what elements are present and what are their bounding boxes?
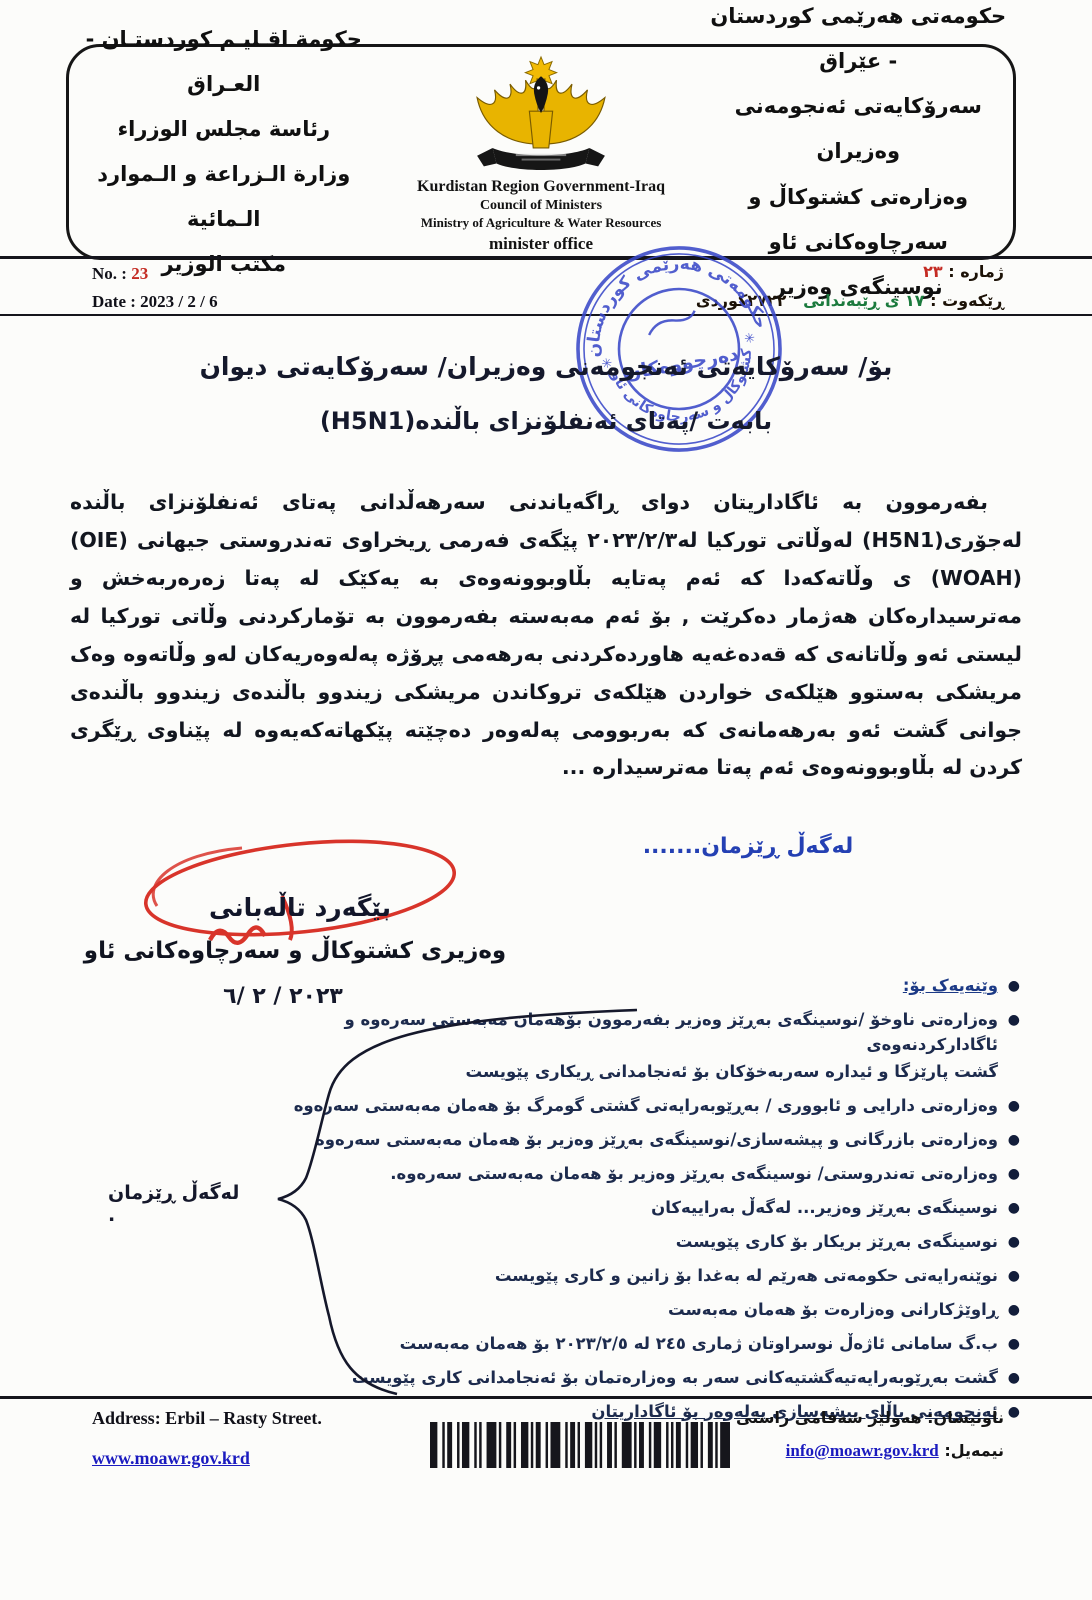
cc-item: ● وەزارەتی تەندروستی/ نوسینگەی بەڕێز وەز… [285,1162,1020,1194]
cc-item: ● وەزارەتی دارایی و ئابووری / بەڕێوبەرای… [285,1094,1020,1126]
footer-address-en: Address: Erbil – Rasty Street. [92,1408,322,1429]
cc-item-text: نوسینگەی بەڕێز وەزیر... لەگەڵ بەراییەکان [285,1196,998,1221]
kurdistan-eagle-emblem [457,55,625,177]
cc-item: ● نوسینگەی بەڕێز وەزیر... لەگەڵ بەراییەک… [285,1196,1020,1228]
closing-regards: لەگەڵ ڕێزمان....... [628,834,868,859]
stamp-signature-scribble [646,311,697,335]
no-label: No. : [92,264,127,283]
cc-item: ● نوسینگەی بەڕێز بریکار بۆ کاری پێویست [285,1230,1020,1262]
cc-item-text: ب.گ سامانی ئاژەڵ نوسراوتان ژماری ٢٤٥ لە … [285,1332,998,1357]
cc-item-text: وەزارەتی بازرگانی و پیشەسازی/نوسینگەی بە… [285,1128,998,1153]
date-kurdish-month: ١٧ ی ڕێبەندانی [803,291,924,310]
brace-label: لەگەڵ ڕێزمان . [108,1182,243,1226]
bullet-icon: ● [998,1230,1020,1253]
date-value: 2023 / 2 / 6 [140,292,217,311]
signer-name: بێگەرد تاڵەبانی [150,893,450,922]
letterhead-ar-line: حكومة اقـليـم كوردستـان - العـراق [69,17,379,107]
barcode [430,1422,730,1468]
addressee-line: بۆ/ سەرۆکایەتی ئەنجومەنی وەزیران/ سەرۆکا… [0,352,1092,381]
bullet-icon: ● [998,1196,1020,1219]
letterhead-center-column: Kurdistan Region Government-Iraq Council… [379,47,704,257]
address-value: : Erbil – Rasty Street. [155,1408,322,1428]
letterhead-en-line: Kurdistan Region Government-Iraq [417,177,665,197]
scanned-letter-page: حكومة اقـليـم كوردستـان - العـراق رئاسة … [0,0,1092,1600]
cc-item: ● ڕاوێژکارانی وەزارەت بۆ هەمان مەبەست [285,1298,1020,1330]
cc-distribution-list: ● وێنەیەک بۆ: ● وەزارەتی ناوخۆ /نوسینگەی… [285,974,1020,1434]
no-value: 23 [131,264,148,283]
stamp-flower-right-icon: ✳ [743,331,756,348]
cc-item-text: گشت بەڕێوبەرایەتیەگشتیەکانی سەر بە وەزار… [285,1366,998,1391]
stamp-top-arc-text: حکومەتی هەرێمی کوردستان [569,239,772,361]
bullet-icon: ● [998,1008,1020,1031]
email-link[interactable]: info@moawr.gov.krd [786,1441,939,1460]
document-meta-english: No. : 23 Date : 2023 / 2 / 6 [92,260,218,316]
bullet-icon: ● [998,974,1020,997]
cc-item-text: نوێنەرایەتی حکومەتی هەرێم لە بەغدا بۆ زا… [285,1264,998,1289]
number-value-ku: ٢٣ [923,262,943,281]
footer-address-ku: ناونیشان: هەولێر شەقامی راستی [736,1402,1004,1434]
letter-subject-block: بۆ/ سەرۆکایەتی ئەنجومەنی وەزیران/ سەرۆکا… [0,352,1092,435]
cc-heading: وێنەیەک بۆ: [285,974,998,999]
number-label-ku: ژمارە : [948,262,1004,281]
cc-item: ● وەزارەتی ناوخۆ /نوسینگەی بەڕێز وەزیر ب… [285,1008,1020,1058]
footer-divider [0,1396,1092,1399]
address-label: Address [92,1408,155,1428]
footer-email-row: نیمەیل: info@moawr.gov.krd [736,1434,1004,1468]
letterhead-arabic-column: حكومة اقـليـم كوردستـان - العـراق رئاسة … [69,47,379,257]
cc-item: ● گشت بەڕێوبەرایەتیەگشتیەکانی سەر بە وەز… [285,1366,1020,1398]
bullet-icon: ● [998,1094,1020,1117]
cc-item-continuation: ● گشت پارێزگا و ئیدارە سەربەخۆکان بۆ ئەن… [285,1060,1020,1092]
cc-heading-row: ● وێنەیەک بۆ: [285,974,1020,1006]
bullet-icon: ● [998,1162,1020,1185]
bullet-icon: ● [998,1128,1020,1151]
address-ku-label: ناونیشان: [927,1408,1004,1427]
bullet-icon: ● [998,1298,1020,1321]
official-round-stamp: حکومەتی هەرێمی کوردستان کشتوکاڵ و سەرچاو… [555,225,803,473]
cc-item-text: نوسینگەی بەڕێز بریکار بۆ کاری پێویست [285,1230,998,1255]
letterhead-kurdish-column: حکومەتی هەرێمی کوردستان - عێراق سەرۆکایە… [704,47,1014,257]
letterhead-ku-line: سەرۆکایەتی ئەنجومەنی وەزیران [704,84,1014,174]
letterhead-ar-line: وزارة الـزراعة و الـموارد الـمائية [69,152,379,242]
svg-text:حکومەتی هەرێمی کوردستان: حکومەتی هەرێمی کوردستان [569,239,772,361]
footer-kurdish-block: ناونیشان: هەولێر شەقامی راستی نیمەیل: in… [736,1402,1004,1468]
letterhead-box: حكومة اقـليـم كوردستـان - العـراق رئاسة … [66,44,1016,260]
letter-body-paragraph: بفەرموون بە ئاگاداریتان دوای ڕاگەیاندنی … [70,484,1022,787]
cc-item-text: وەزارەتی دارایی و ئابووری / بەڕێوبەرایەت… [285,1094,998,1119]
bullet-icon: ● [998,1332,1020,1355]
cc-item-text: گشت پارێزگا و ئیدارە سەربەخۆکان بۆ ئەنجا… [285,1060,998,1085]
cc-item-text: وەزارەتی تەندروستی/ نوسینگەی بەڕێز وەزیر… [285,1162,998,1187]
date-label-ku: ڕێکەوت : [930,291,1004,310]
cc-item: ● ب.گ سامانی ئاژەڵ نوسراوتان ژماری ٢٤٥ ل… [285,1332,1020,1364]
letterhead-english-block: Kurdistan Region Government-Iraq Council… [417,177,665,254]
cc-item-text: وەزارەتی ناوخۆ /نوسینگەی بەڕێز وەزیر بفە… [285,1008,998,1058]
subject-line: بابەت /پەتای ئەنفلۆنزای باڵندە(H5N1) [0,407,1092,435]
doc-number-en: No. : 23 [92,260,218,288]
cc-item: ● وەزارەتی بازرگانی و پیشەسازی/نوسینگەی … [285,1128,1020,1160]
doc-date-en: Date : 2023 / 2 / 6 [92,288,218,316]
cc-item-text: ڕاوێژکارانی وەزارەت بۆ هەمان مەبەست [285,1298,998,1323]
address-ku-value: هەولێر شەقامی راستی [736,1408,922,1427]
letterhead-en-line: Ministry of Agriculture & Water Resource… [417,215,665,231]
signer-title: وەزیری کشتوکاڵ و سەرچاوەکانی ئاو [80,938,510,964]
bullet-icon: ● [998,1366,1020,1389]
letterhead-ar-line: رئاسة مجلس الوزراء [69,107,379,152]
letterhead-en-line: Council of Ministers [417,197,665,215]
date-label: Date : [92,292,136,311]
website-link[interactable]: www.moawr.gov.krd [92,1448,250,1469]
email-label: نیمەیل: [944,1441,1004,1460]
bullet-icon: ● [998,1264,1020,1287]
letterhead-ku-line: حکومەتی هەرێمی کوردستان - عێراق [704,0,1014,84]
cc-item: ● نوێنەرایەتی حکومەتی هەرێم لە بەغدا بۆ … [285,1264,1020,1296]
